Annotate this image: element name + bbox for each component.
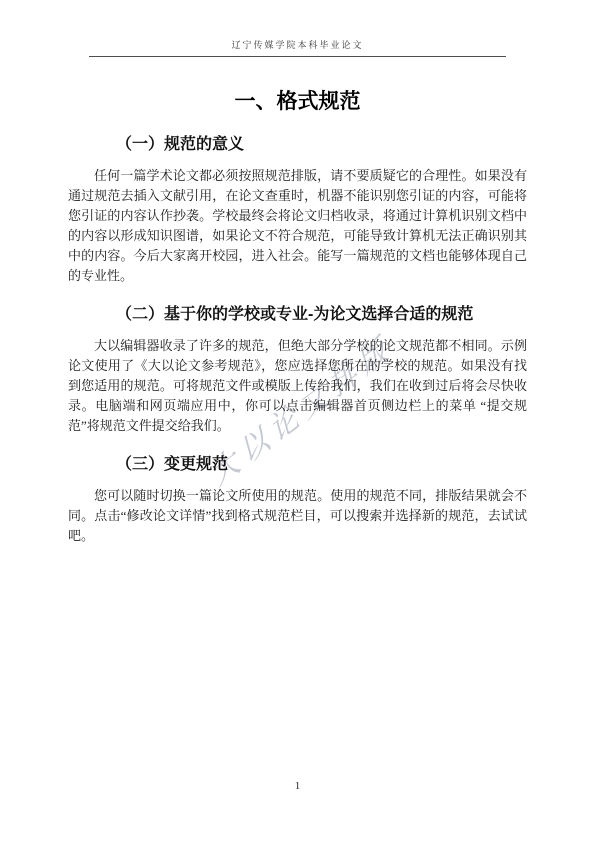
page-number: 1 — [0, 780, 595, 792]
document-page: 辽宁传媒学院本科毕业论文 大以论文排版 一、格式规范 （一）规范的意义 任何一篇… — [0, 0, 595, 842]
section-1: （一）规范的意义 任何一篇学术论文都必须按照规范排版，请不要质疑它的合理性。如果… — [68, 134, 527, 286]
body-paragraph: 任何一篇学术论文都必须按照规范排版，请不要质疑它的合理性。如果没有通过规范去插入… — [68, 166, 527, 286]
header-rule — [89, 56, 506, 57]
page-content: 一、格式规范 （一）规范的意义 任何一篇学术论文都必须按照规范排版，请不要质疑它… — [68, 88, 527, 546]
section-heading: （三）变更规范 — [68, 454, 527, 476]
section-heading: （二）基于你的学校或专业-为论文选择合适的规范 — [68, 304, 527, 326]
running-header: 辽宁传媒学院本科毕业论文 — [0, 38, 595, 51]
section-heading: （一）规范的意义 — [68, 134, 527, 156]
section-3: （三）变更规范 您可以随时切换一篇论文所使用的规范。使用的规范不同，排版结果就会… — [68, 454, 527, 546]
section-2: （二）基于你的学校或专业-为论文选择合适的规范 大以编辑器收录了许多的规范，但绝… — [68, 304, 527, 436]
body-paragraph: 大以编辑器收录了许多的规范，但绝大部分学校的论文规范都不相同。示例论文使用了《大… — [68, 336, 527, 436]
chapter-title: 一、格式规范 — [68, 88, 527, 116]
body-paragraph: 您可以随时切换一篇论文所使用的规范。使用的规范不同，排版结果就会不同。点击“修改… — [68, 486, 527, 546]
